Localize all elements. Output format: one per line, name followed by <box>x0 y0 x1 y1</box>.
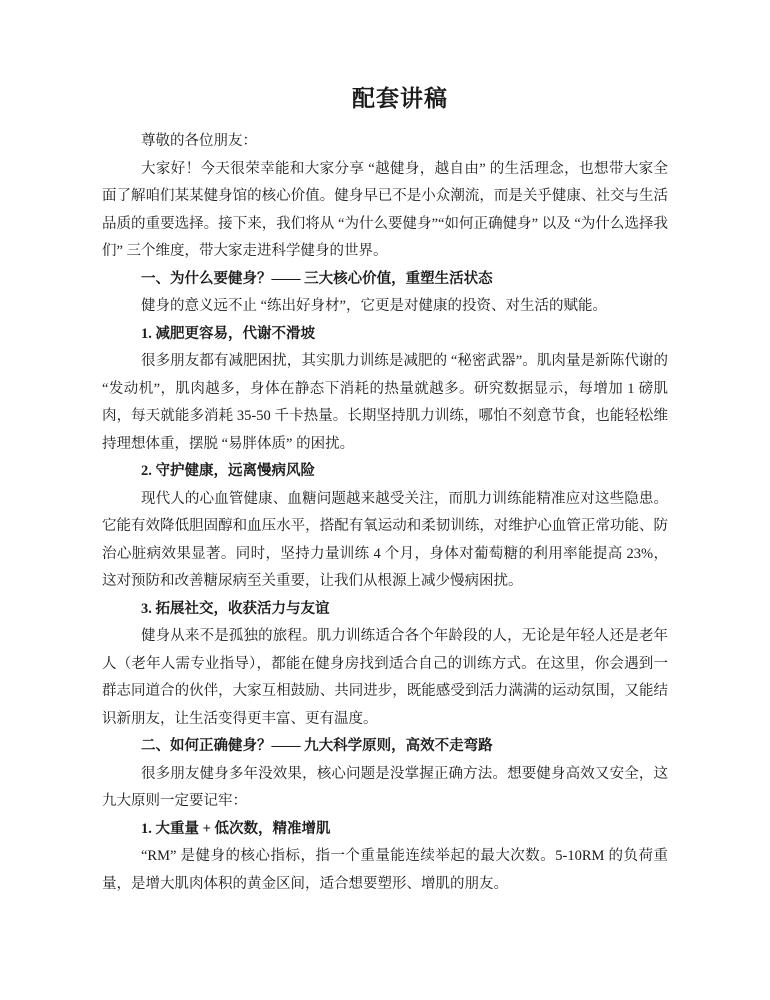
paragraph-rm-explanation: “RM” 是健身的核心指标，指一个重量能连续举起的最大次数。5-10RM 的负荷… <box>102 843 668 898</box>
subheading-weight-loss: 1. 减肥更容易，代谢不滑坡 <box>102 321 668 349</box>
paragraph-social: 健身从来不是孤独的旅程。肌力训练适合各个年龄段的人，无论是年轻人还是老年人（老年… <box>102 623 668 733</box>
paragraph-principles-intro: 很多朋友健身多年没效果，核心问题是没掌握正确方法。想要健身高效又安全，这九大原则… <box>102 761 668 816</box>
subheading-social: 3. 拓展社交，收获活力与友谊 <box>102 596 668 624</box>
section-heading-how-to-train: 二、如何正确健身？—— 九大科学原则，高效不走弯路 <box>102 733 668 761</box>
document-title: 配套讲稿 <box>132 84 668 114</box>
paragraph-weight-loss: 很多朋友都有减肥困扰，其实肌力训练是减肥的 “秘密武器”。肌肉量是新陈代谢的 “… <box>102 348 668 458</box>
paragraph-meaning: 健身的意义远不止 “练出好身材”，它更是对健康的投资、对生活的赋能。 <box>102 293 668 321</box>
paragraph-intro: 大家好！今天很荣幸能和大家分享 “越健身，越自由” 的生活理念，也想带大家全面了… <box>102 156 668 266</box>
section-heading-why-fitness: 一、为什么要健身？—— 三大核心价值，重塑生活状态 <box>102 266 668 294</box>
document-body: 尊敬的各位朋友： 大家好！今天很荣幸能和大家分享 “越健身，越自由” 的生活理念… <box>102 128 668 898</box>
paragraph-salutation: 尊敬的各位朋友： <box>102 128 668 156</box>
paragraph-health: 现代人的心血管健康、血糖问题越来越受关注，而肌力训练能精准应对这些隐患。它能有效… <box>102 486 668 596</box>
document-content: 配套讲稿 尊敬的各位朋友： 大家好！今天很荣幸能和大家分享 “越健身，越自由” … <box>102 0 668 898</box>
subheading-health: 2. 守护健康，远离慢病风险 <box>102 458 668 486</box>
document-page: 配套讲稿 尊敬的各位朋友： 大家好！今天很荣幸能和大家分享 “越健身，越自由” … <box>0 0 770 1000</box>
subheading-heavy-weight: 1. 大重量 + 低次数，精准增肌 <box>102 816 668 844</box>
